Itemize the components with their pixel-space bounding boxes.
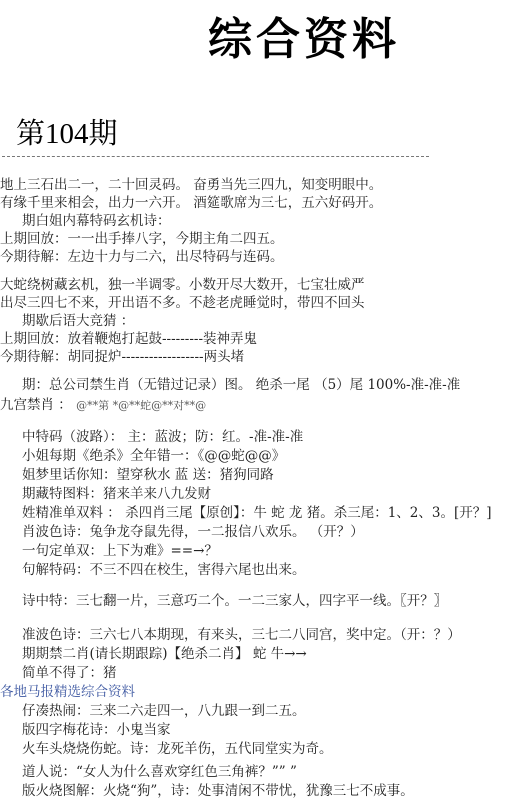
- banned-label: 九宫禁肖 ：: [0, 397, 72, 413]
- info-line: 期期禁二肖(请长期跟踪)【绝杀二肖】 蛇 牛→→: [22, 645, 307, 663]
- poem-line: 有缘千里来相会，出力一六开。 酒筵歌席为三七，五六好码开。: [0, 194, 382, 212]
- info-line: 姓精准单双料 ： 杀四肖三尾【原创】：牛 蛇 龙 猪。杀三尾：1、2、3。[开？…: [22, 504, 492, 522]
- mystery-line: 今期待解：左边十力与二六，出尽特码与连码。: [0, 248, 284, 266]
- mystery-line: 上期回放：一一出手捧八字，今期主角二四五。: [0, 230, 284, 248]
- poem-line: 大蛇绕树藏玄机，独一半调零。小数开尽大数开，七宝壮威严: [0, 276, 365, 294]
- info-line: 版四字梅花诗：小鬼当家: [22, 721, 171, 739]
- section-heading: 各地马报精选综合资料: [0, 683, 135, 701]
- dashed-divider: [2, 156, 429, 157]
- page-title: 综合资料: [208, 14, 400, 66]
- poem-line: 出尽三四七不来，开出语不多。不趁老虎睡觉时，带四不回头: [0, 294, 365, 312]
- riddle-title: 期歇后语大竞猜 ：: [22, 312, 134, 330]
- info-line: 准波色诗：三六七八本期现，有来头，三七二八同宫，奖中定。（开：？）: [22, 626, 461, 644]
- info-line: 姐梦里话你知：望穿秋水 蓝 送：猪狗同路: [22, 466, 274, 484]
- info-line: 期藏特图料：猪来羊来八九发财: [22, 485, 211, 503]
- info-line: 火车头烧烧伤蛇。诗：龙死羊伤，五代同堂实为奇。: [22, 740, 333, 758]
- poem-line: 地上三石出二一，二十回灵码。 奋勇当先三四九，知变明眼中。: [0, 176, 382, 194]
- issue-number: 第104期: [16, 116, 118, 152]
- info-line: 道人说：“女人为什么喜欢穿红色三角裤？”” ”: [22, 763, 297, 781]
- info-line: 一句定单双：上下为难》==→？: [22, 542, 218, 560]
- info-line: 小姐每期《绝杀》全年错一：《@@蛇@@》: [22, 447, 285, 465]
- riddle-line: 今期待解：胡同捉炉------------------两头堵: [0, 348, 244, 366]
- mystery-title: 期白姐内幕特码玄机诗：: [22, 212, 171, 230]
- banned-value: @**第 *@**蛇@**对**@: [76, 399, 206, 412]
- info-line: 版火烧图解：火烧“狗”，诗：处事清闲不带忧，犹豫三七不成事。: [22, 782, 414, 800]
- riddle-line: 上期回放：放着鞭炮打起鼓---------装神弄鬼: [0, 330, 257, 348]
- info-line: 句解特码：不三不四在校生，害得六尾也出来。: [22, 561, 306, 579]
- poem-line: 诗中特：三七翻一片，三意巧二个。一二三家人，四字平一线。〖开？〗: [22, 592, 447, 610]
- banned-nine-palace: 九宫禁肖 ： @**第 *@**蛇@**对**@: [0, 396, 206, 415]
- banned-line: 期：总公司禁生肖（无错过记录）图。 绝杀一尾 （5）尾 100%-准-准-准: [22, 376, 460, 394]
- info-line: 中特码（波路）： 主：蓝波；防：红。-准-准-准: [22, 428, 303, 446]
- info-line: 肖波色诗：兔争龙夺鼠先得，一二报信八欢乐。 （开？）: [22, 523, 364, 541]
- info-line: 仔凑热闹：三来二六走四一，八九跟一到二五。: [22, 702, 306, 720]
- info-line: 简单不得了：猪: [22, 664, 117, 682]
